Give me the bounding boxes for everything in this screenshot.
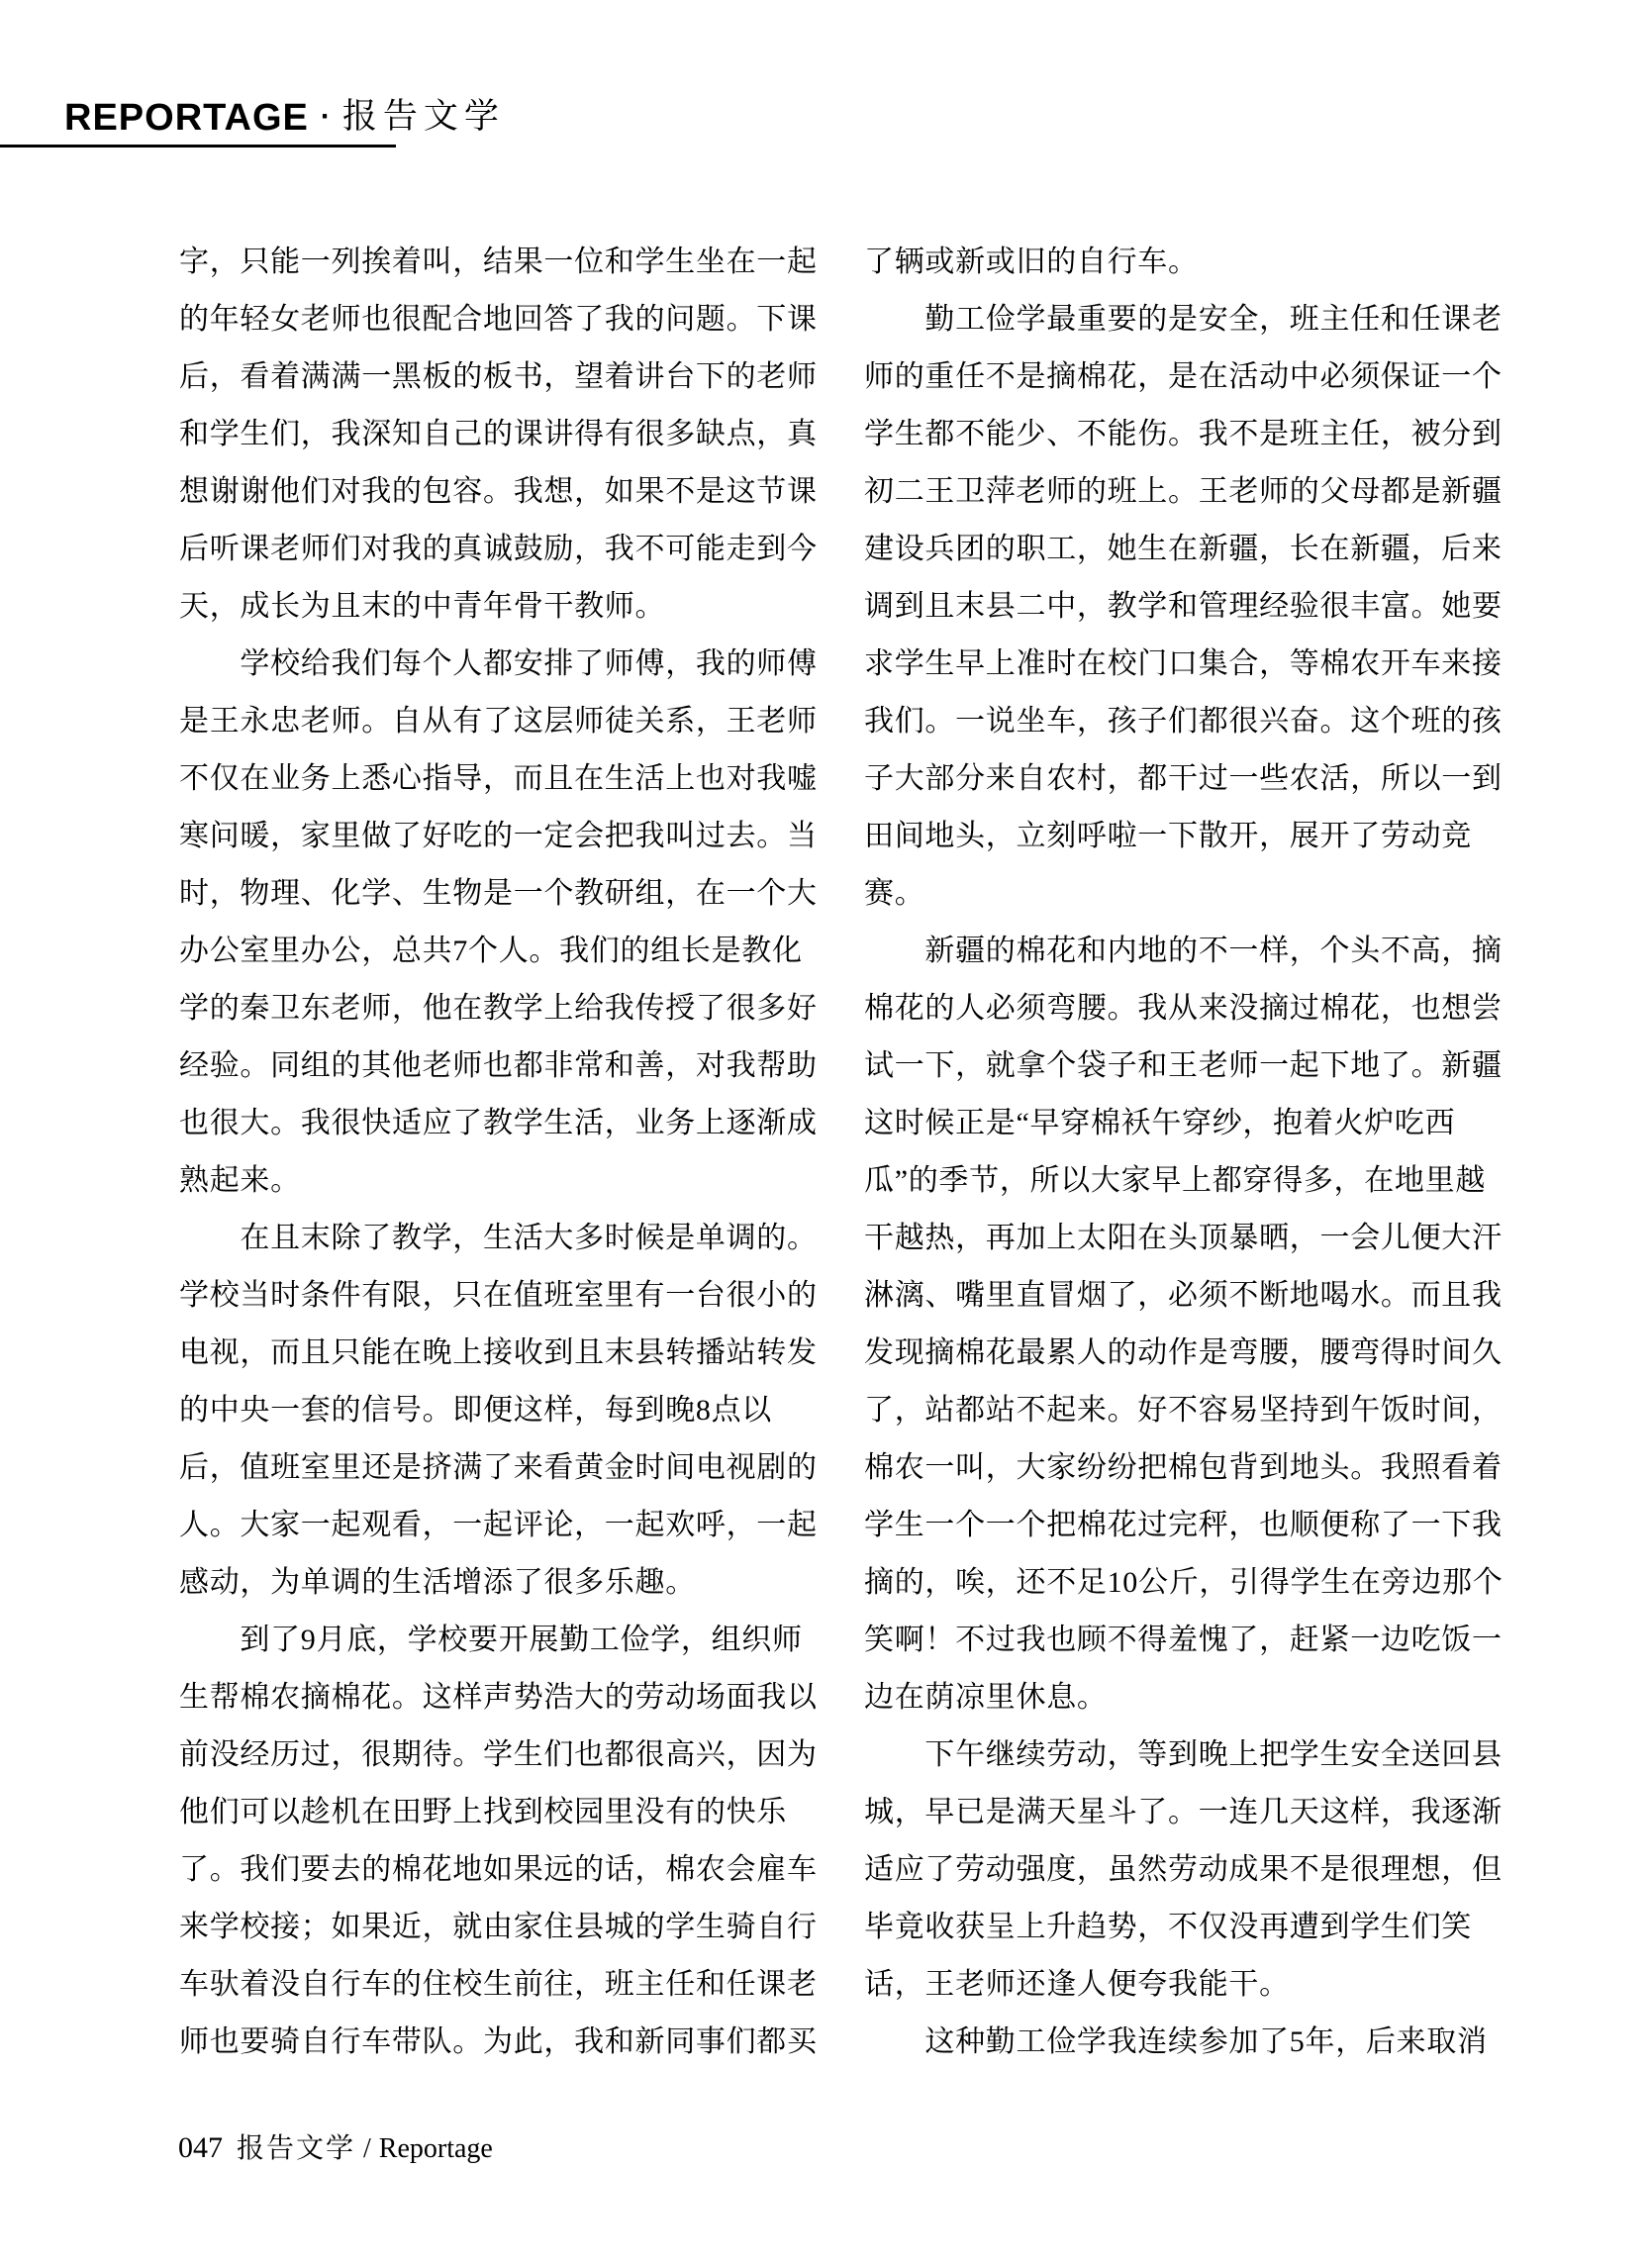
text-line: 试一下，就拿个袋子和王老师一起下地了。新疆 (864, 1037, 1505, 1095)
text-line: 后，值班室里还是挤满了来看黄金时间电视剧的 (179, 1439, 821, 1497)
text-line: 是王永忠老师。自从有了这层师徒关系，王老师 (179, 693, 821, 750)
text-line: 勤工俭学最重要的是安全，班主任和任课老 (864, 291, 1505, 348)
text-line: 发现摘棉花最累人的动作是弯腰，腰弯得时间久 (864, 1325, 1505, 1382)
magazine-page: REPORTAGE·报告文学 字，只能一列挨着叫，结果一位和学生坐在一起的年轻女… (0, 0, 1651, 2268)
text-line: 他们可以趁机在田野上找到校园里没有的快乐 (179, 1784, 821, 1841)
text-line: 到了9月底，学校要开展勤工俭学，组织师 (179, 1612, 821, 1669)
header-rule (0, 145, 396, 148)
text-line: 不仅在业务上悉心指导，而且在生活上也对我嘘 (179, 750, 821, 808)
text-line: 初二王卫萍老师的班上。王老师的父母都是新疆 (864, 463, 1505, 521)
text-line: 师也要骑自行车带队。为此，我和新同事们都买 (179, 2014, 821, 2071)
text-line: 学的秦卫东老师，他在教学上给我传授了很多好 (179, 980, 821, 1037)
text-line: 话，王老师还逢人便夸我能干。 (864, 1956, 1505, 2014)
text-line: 经验。同组的其他老师也都非常和善，对我帮助 (179, 1037, 821, 1095)
text-line: 的年轻女老师也很配合地回答了我的问题。下课 (179, 291, 821, 348)
text-line: 我们。一说坐车，孩子们都很兴奋。这个班的孩 (864, 693, 1505, 750)
text-line: 瓜”的季节，所以大家早上都穿得多，在地里越 (864, 1152, 1505, 1210)
text-line: 调到且末县二中，教学和管理经验很丰富。她要 (864, 578, 1505, 636)
text-line: 天，成长为且末的中青年骨干教师。 (179, 578, 821, 636)
header-separator-dot: · (321, 100, 331, 133)
text-line: 适应了劳动强度，虽然劳动成果不是很理想，但 (864, 1841, 1505, 1899)
text-line: 这种勤工俭学我连续参加了5年，后来取消 (864, 2014, 1505, 2071)
text-line: 师的重任不是摘棉花，是在活动中必须保证一个 (864, 348, 1505, 406)
text-line: 人。大家一起观看，一起评论，一起欢呼，一起 (179, 1497, 821, 1554)
text-line: 摘的，唉，还不足10公斤，引得学生在旁边那个 (864, 1554, 1505, 1612)
page-header: REPORTAGE·报告文学 (64, 99, 505, 137)
left-text-column: 字，只能一列挨着叫，结果一位和学生坐在一起的年轻女老师也很配合地回答了我的问题。… (179, 234, 821, 2071)
text-line: 棉农一叫，大家纷纷把棉包背到地头。我照看着 (864, 1439, 1505, 1497)
text-line: 赛。 (864, 865, 1505, 923)
text-line: 生帮棉农摘棉花。这样声势浩大的劳动场面我以 (179, 1669, 821, 1726)
text-line: 办公室里办公，总共7个人。我们的组长是教化 (179, 923, 821, 980)
text-line: 这时候正是“早穿棉袄午穿纱，抱着火炉吃西 (864, 1095, 1505, 1152)
footer-section-zh: 报告文学 (237, 2133, 355, 2164)
right-text-column: 了辆或新或旧的自行车。 勤工俭学最重要的是安全，班主任和任课老师的重任不是摘棉花… (864, 234, 1505, 2071)
text-line: 城，早已是满天星斗了。一连几天这样，我逐渐 (864, 1784, 1505, 1841)
text-line: 时，物理、化学、生物是一个教研组，在一个大 (179, 865, 821, 923)
text-line: 干越热，再加上太阳在头顶暴晒，一会儿便大汗 (864, 1210, 1505, 1267)
text-line: 学校当时条件有限，只在值班室里有一台很小的 (179, 1267, 821, 1325)
text-line: 后，看着满满一黑板的板书，望着讲台下的老师 (179, 348, 821, 406)
text-line: 了，站都站不起来。好不容易坚持到午饭时间， (864, 1382, 1505, 1439)
text-line: 前没经历过，很期待。学生们也都很高兴，因为 (179, 1726, 821, 1784)
text-line: 淋漓、嘴里直冒烟了，必须不断地喝水。而且我 (864, 1267, 1505, 1325)
text-line: 电视，而且只能在晚上接收到且末县转播站转发 (179, 1325, 821, 1382)
text-line: 的中央一套的信号。即便这样，每到晚8点以 (179, 1382, 821, 1439)
text-line: 也很大。我很快适应了教学生活，业务上逐渐成 (179, 1095, 821, 1152)
text-line: 了。我们要去的棉花地如果远的话，棉农会雇车 (179, 1841, 821, 1899)
page-number: 047 (178, 2131, 223, 2164)
footer-separator: / (363, 2133, 371, 2164)
text-line: 字，只能一列挨着叫，结果一位和学生坐在一起 (179, 234, 821, 291)
section-title-en: REPORTAGE (64, 97, 309, 139)
text-line: 在且末除了教学，生活大多时候是单调的。 (179, 1210, 821, 1267)
text-line: 来学校接；如果近，就由家住县城的学生骑自行 (179, 1899, 821, 1956)
text-line: 建设兵团的职工，她生在新疆，长在新疆，后来 (864, 521, 1505, 578)
page-footer: 047报告文学/Reportage (178, 2128, 493, 2169)
text-line: 后听课老师们对我的真诚鼓励，我不可能走到今 (179, 521, 821, 578)
text-line: 学校给我们每个人都安排了师傅，我的师傅 (179, 636, 821, 693)
text-line: 车驮着没自行车的住校生前往，班主任和任课老 (179, 1956, 821, 2014)
text-line: 棉花的人必须弯腰。我从来没摘过棉花，也想尝 (864, 980, 1505, 1037)
text-line: 毕竟收获呈上升趋势，不仅没再遭到学生们笑 (864, 1899, 1505, 1956)
section-title-zh: 报告文学 (342, 97, 505, 136)
text-line: 笑啊！不过我也顾不得羞愧了，赶紧一边吃饭一 (864, 1612, 1505, 1669)
text-line: 求学生早上准时在校门口集合，等棉农开车来接 (864, 636, 1505, 693)
text-line: 想谢谢他们对我的包容。我想，如果不是这节课 (179, 463, 821, 521)
text-line: 和学生们，我深知自己的课讲得有很多缺点，真 (179, 406, 821, 463)
text-line: 熟起来。 (179, 1152, 821, 1210)
text-line: 新疆的棉花和内地的不一样，个头不高，摘 (864, 923, 1505, 980)
text-line: 子大部分来自农村，都干过一些农活，所以一到 (864, 750, 1505, 808)
text-line: 学生一个一个把棉花过完秤，也顺便称了一下我 (864, 1497, 1505, 1554)
footer-section-en: Reportage (379, 2133, 493, 2164)
text-line: 学生都不能少、不能伤。我不是班主任，被分到 (864, 406, 1505, 463)
text-line: 下午继续劳动，等到晚上把学生安全送回县 (864, 1726, 1505, 1784)
text-line: 了辆或新或旧的自行车。 (864, 234, 1505, 291)
text-line: 边在荫凉里休息。 (864, 1669, 1505, 1726)
text-line: 感动，为单调的生活增添了很多乐趣。 (179, 1554, 821, 1612)
text-line: 田间地头，立刻呼啦一下散开，展开了劳动竞 (864, 808, 1505, 865)
text-line: 寒问暖，家里做了好吃的一定会把我叫过去。当 (179, 808, 821, 865)
